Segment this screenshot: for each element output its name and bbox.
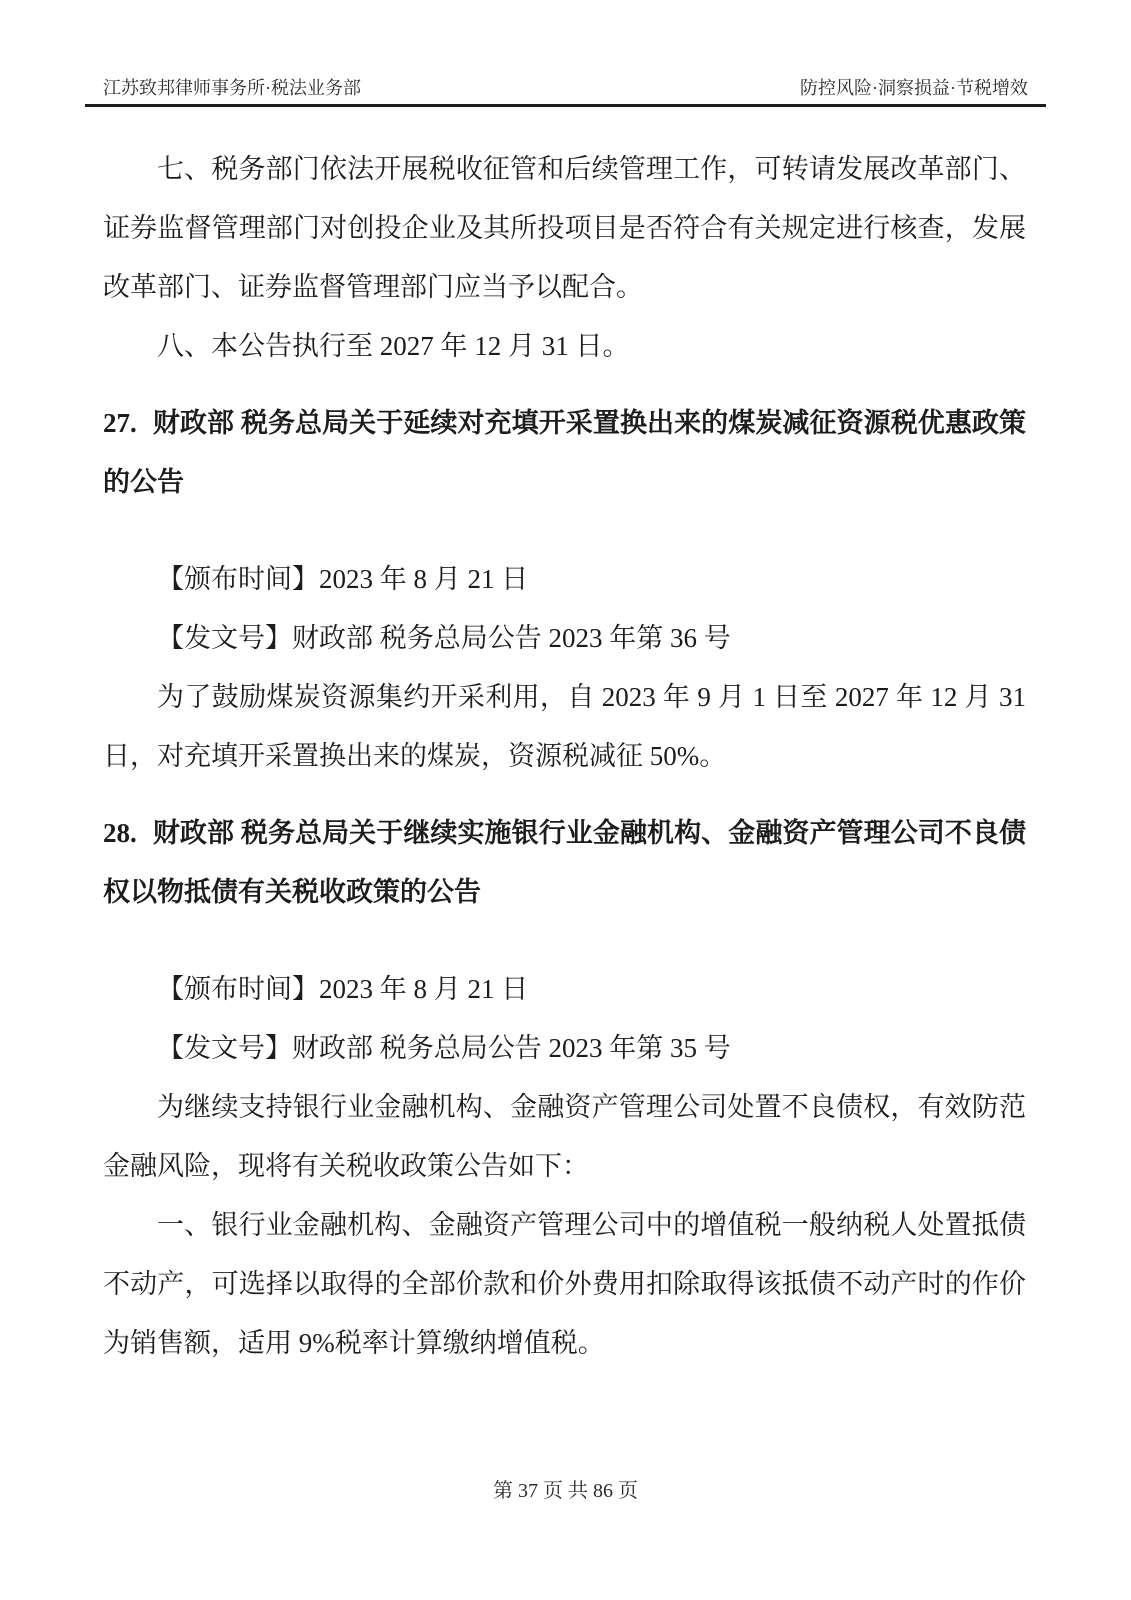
- section-27-doc-number: 【发文号】财政部 税务总局公告 2023 年第 36 号: [103, 609, 1026, 668]
- section-27-heading: 27.财政部 税务总局关于延续对充填开采置换出来的煤炭减征资源税优惠政策的公告: [103, 394, 1026, 512]
- section-27-publish-date: 【颁布时间】2023 年 8 月 21 日: [103, 550, 1026, 609]
- section-27-title: 财政部 税务总局关于延续对充填开采置换出来的煤炭减征资源税优惠政策的公告: [103, 408, 1026, 497]
- section-28-number: 28.: [103, 818, 137, 848]
- page-number-text: 第 37 页 共 86 页: [493, 1480, 638, 1502]
- section-28-heading: 28.财政部 税务总局关于继续实施银行业金融机构、金融资产管理公司不良债权以物抵…: [103, 804, 1026, 922]
- section-28-body-paragraph-1: 为继续支持银行业金融机构、金融资产管理公司处置不良债权，有效防范金融风险，现将有…: [103, 1078, 1026, 1196]
- section-27-body-paragraph: 为了鼓励煤炭资源集约开采利用，自 2023 年 9 月 1 日至 2027 年 …: [103, 668, 1026, 786]
- page-header: 江苏致邦律师事务所·税法业务部 防控风险·洞察损益·节税增效: [85, 0, 1046, 107]
- document-page: 江苏致邦律师事务所·税法业务部 防控风险·洞察损益·节税增效 七、税务部门依法开…: [0, 0, 1131, 1600]
- header-right-text: 防控风险·洞察损益·节税增效: [800, 77, 1028, 99]
- page-footer: 第 37 页 共 86 页: [0, 1478, 1131, 1504]
- header-left-text: 江苏致邦律师事务所·税法业务部: [103, 77, 361, 99]
- section-27-number: 27.: [103, 408, 137, 438]
- page-header-row: 江苏致邦律师事务所·税法业务部 防控风险·洞察损益·节税增效: [85, 77, 1046, 99]
- document-body: 七、税务部门依法开展税收征管和后续管理工作，可转请发展改革部门、证券监督管理部门…: [103, 140, 1026, 1373]
- section-28-title: 财政部 税务总局关于继续实施银行业金融机构、金融资产管理公司不良债权以物抵债有关…: [103, 818, 1026, 907]
- section-28-publish-date: 【颁布时间】2023 年 8 月 21 日: [103, 960, 1026, 1019]
- section-28-doc-number: 【发文号】财政部 税务总局公告 2023 年第 35 号: [103, 1019, 1026, 1078]
- paragraph-item-eight: 八、本公告执行至 2027 年 12 月 31 日。: [103, 317, 1026, 376]
- section-28-body-paragraph-2: 一、银行业金融机构、金融资产管理公司中的增值税一般纳税人处置抵债不动产，可选择以…: [103, 1196, 1026, 1373]
- paragraph-item-seven: 七、税务部门依法开展税收征管和后续管理工作，可转请发展改革部门、证券监督管理部门…: [103, 140, 1026, 317]
